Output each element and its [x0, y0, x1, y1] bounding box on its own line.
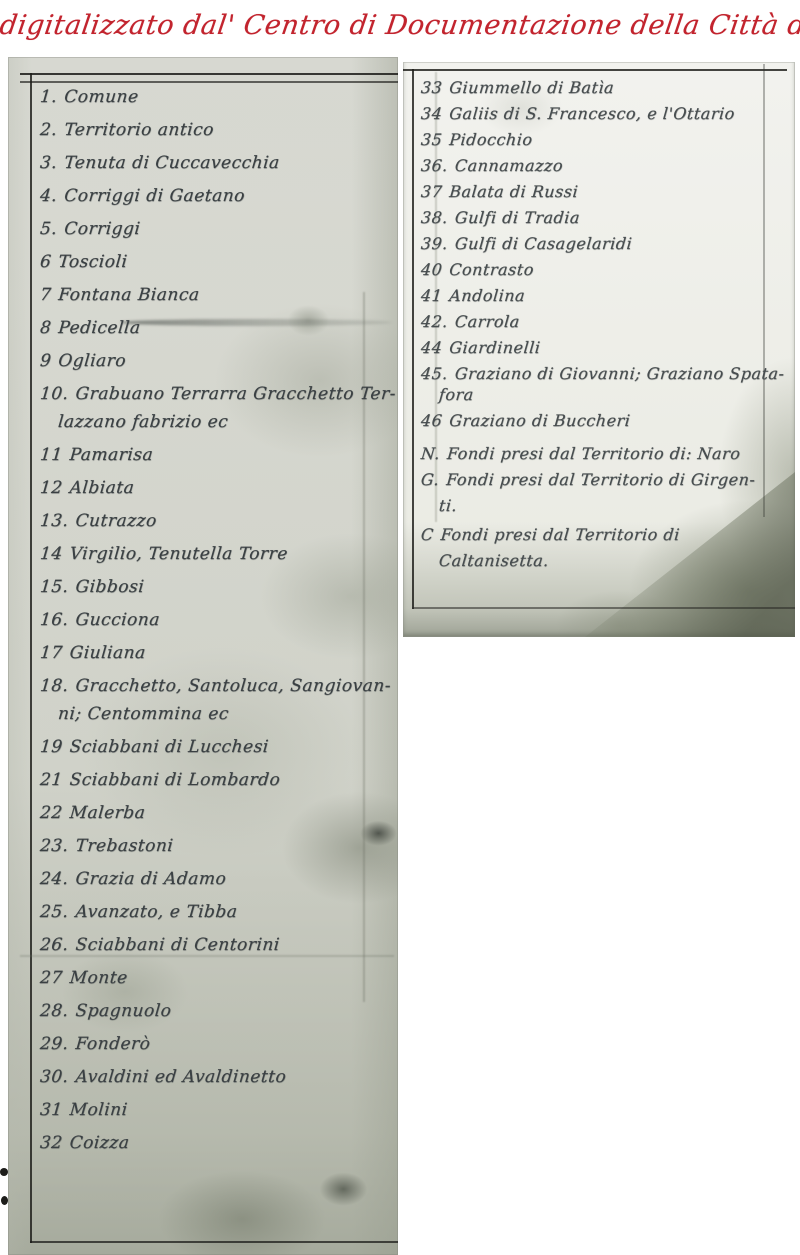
scanned-page-left: 1.Comune2.Territorio antico3.Tenuta di C… — [8, 57, 398, 1255]
entry-text: Malerba — [69, 803, 146, 823]
entry-number: 23. — [39, 836, 69, 857]
entry-number: 37 — [420, 182, 443, 201]
list-entry: 31Molini — [39, 1100, 395, 1121]
entry-text: Ogliaro — [57, 351, 126, 371]
list-entry: 8Pedicella — [39, 318, 395, 339]
list-entry: 29.Fonderò — [39, 1034, 395, 1055]
entry-number: 35 — [420, 130, 443, 149]
entry-text: Cannamazzo — [454, 156, 564, 175]
entry-text: Comune — [63, 87, 139, 107]
list-entry: 9Ogliaro — [39, 351, 395, 372]
entry-number: 34 — [420, 104, 443, 123]
list-entry: 28.Spagnuolo — [39, 1001, 395, 1022]
entry-text: Avaldini ed Avaldinetto — [75, 1067, 287, 1087]
entry-number: 38. — [420, 208, 449, 227]
entry-text: Sciabbani di Centorini — [75, 935, 281, 955]
territory-notes: N.Fondi presi dal Territorio di: NaroG.F… — [421, 444, 793, 570]
list-entry: 21Sciabbani di Lombardo — [39, 770, 395, 791]
entry-text: Giummello di Batìa — [449, 78, 615, 97]
list-entry: 36.Cannamazzo — [420, 156, 794, 175]
list-entry: 18.Gracchetto, Santoluca, Sangiovan- — [39, 676, 395, 697]
entry-number: 40 — [420, 260, 443, 279]
entry-text: Fondi presi dal Territorio di Girgen- — [445, 470, 756, 489]
entry-number: 44 — [420, 338, 443, 357]
entry-number: C — [420, 525, 434, 544]
entry-number: 6 — [39, 252, 52, 273]
entry-number: 10. — [39, 384, 69, 405]
entry-number: 8 — [39, 318, 52, 339]
entry-text: Graziano di Buccheri — [449, 411, 632, 430]
entry-number: 12 — [39, 478, 63, 499]
list-entry: 1.Comune — [39, 87, 395, 108]
ruled-border-left — [412, 69, 414, 609]
entry-text: Spagnuolo — [75, 1001, 173, 1021]
entry-text: Monte — [69, 968, 129, 988]
list-entry: 45.Graziano di Giovanni; Graziano Spata- — [420, 364, 794, 383]
list-entry: 16.Gucciona — [39, 610, 395, 631]
entry-text: Carrola — [454, 312, 521, 331]
list-entry: 32Coizza — [39, 1133, 395, 1154]
entry-text: Cutrazzo — [75, 511, 158, 531]
list-entry: 11Pamarisa — [39, 445, 395, 466]
list-entry: 6Toscioli — [39, 252, 395, 273]
entry-number: 39. — [420, 234, 449, 253]
entry-number: 41 — [420, 286, 443, 305]
ruled-border-top-double — [20, 73, 398, 83]
entry-number: 3. — [39, 153, 58, 174]
list-entry: 25.Avanzato, e Tibba — [39, 902, 395, 923]
entry-number: 30. — [39, 1067, 69, 1088]
entry-number: 9 — [39, 351, 52, 372]
list-entry: 24.Grazia di Adamo — [39, 869, 395, 890]
entry-text: Avanzato, e Tibba — [75, 902, 239, 922]
list-entry: 4.Corriggi di Gaetano — [39, 186, 395, 207]
ruled-border-top — [403, 69, 787, 71]
list-entry: N.Fondi presi dal Territorio di: Naro — [420, 444, 794, 463]
entry-number: 16. — [39, 610, 69, 631]
list-entry: 44Giardinelli — [420, 338, 794, 357]
list-entry: 26.Sciabbani di Centorini — [39, 935, 395, 956]
list-entry: CFondi presi dal Territorio di — [420, 525, 794, 544]
entry-text: Pamarisa — [69, 445, 154, 465]
entry-number: 2. — [39, 120, 58, 141]
list-entry: 7Fontana Bianca — [39, 285, 395, 306]
entry-text: Fondi presi dal Territorio di: Naro — [446, 444, 741, 463]
entry-text: Giuliana — [69, 643, 147, 663]
entry-number: 46 — [420, 411, 443, 430]
list-entry: 41Andolina — [420, 286, 794, 305]
entry-text: Pidocchio — [449, 130, 534, 149]
list-entry: 38.Gulfi di Tradia — [420, 208, 794, 227]
entry-text: Pedicella — [57, 318, 141, 338]
list-entry: 2.Territorio antico — [39, 120, 395, 141]
entry-number: 32 — [39, 1133, 63, 1154]
entry-number: 7 — [39, 285, 52, 306]
list-entry: 40Contrasto — [420, 260, 794, 279]
list-entry: 15.Gibbosi — [39, 577, 395, 598]
list-entry: 12Albiata — [39, 478, 395, 499]
list-entry: 13.Cutrazzo — [39, 511, 395, 532]
ruled-border-left — [30, 73, 32, 1243]
entry-text: Fontana Bianca — [57, 285, 200, 305]
entry-number: 31 — [39, 1100, 63, 1121]
list-entry: 19Sciabbani di Lucchesi — [39, 737, 395, 758]
entry-text: Trebastoni — [75, 836, 174, 856]
list-entry: 22Malerba — [39, 803, 395, 824]
entry-number: 17 — [39, 643, 63, 664]
entry-text: Territorio antico — [63, 120, 214, 140]
entry-text: Sciabbani di Lombardo — [69, 770, 281, 790]
entry-number: 21 — [39, 770, 63, 791]
stain-speck — [0, 1168, 8, 1176]
entry-text: Giardinelli — [449, 338, 542, 357]
entry-text: Fonderò — [75, 1034, 152, 1054]
list-entry: 37Balata di Russi — [420, 182, 794, 201]
entry-number: 29. — [39, 1034, 69, 1055]
entry-number: 13. — [39, 511, 69, 532]
digitization-credit: digitalizzato dal' Centro di Documentazi… — [0, 10, 800, 41]
right-entry-list: 33Giummello di Batìa34Galiis di S. Franc… — [421, 78, 793, 430]
entry-number: 4. — [39, 186, 58, 207]
list-entry: 34Galiis di S. Francesco, e l'Ottario — [420, 104, 794, 123]
entry-number: 14 — [39, 544, 63, 565]
list-entry: 27Monte — [39, 968, 395, 989]
entry-number: 1. — [39, 87, 58, 108]
entry-text: Balata di Russi — [449, 182, 580, 201]
entry-text: Coizza — [69, 1133, 130, 1153]
entry-number: 25. — [39, 902, 69, 923]
entry-number: 26. — [39, 935, 69, 956]
entry-text: Gulfi di Tradia — [454, 208, 581, 227]
entry-text: Virgilio, Tenutella Torre — [69, 544, 289, 564]
entry-number: 18. — [39, 676, 69, 697]
list-entry: 35Pidocchio — [420, 130, 794, 149]
entry-text: Corriggi di Gaetano — [63, 186, 245, 206]
entry-text: Molini — [69, 1100, 129, 1120]
entry-number: 42. — [420, 312, 449, 331]
entry-number: G. — [420, 470, 440, 489]
list-entry: 46Graziano di Buccheri — [420, 411, 794, 430]
list-entry: G.Fondi presi dal Territorio di Girgen- — [420, 470, 794, 489]
list-entry-continuation: ni; Centommina ec — [39, 704, 395, 725]
list-entry: 5.Corriggi — [39, 219, 395, 240]
entry-text: Sciabbani di Lucchesi — [69, 737, 270, 757]
list-entry: 14Virgilio, Tenutella Torre — [39, 544, 395, 565]
entry-text: Corriggi — [63, 219, 141, 239]
entry-number: 33 — [420, 78, 443, 97]
entry-text: Toscioli — [57, 252, 128, 272]
entry-text: Contrasto — [449, 260, 535, 279]
entry-number: 45. — [420, 364, 449, 383]
entry-text: Fondi presi dal Territorio di — [440, 525, 681, 544]
ruled-border-bottom — [30, 1241, 398, 1243]
entry-number: 36. — [420, 156, 449, 175]
entry-number: 19 — [39, 737, 63, 758]
scanned-page-right: 33Giummello di Batìa34Galiis di S. Franc… — [403, 62, 795, 637]
entry-text: Tenuta di Cuccavecchia — [63, 153, 280, 173]
list-entry-continuation: lazzano fabrizio ec — [39, 412, 395, 433]
entry-number: 22 — [39, 803, 63, 824]
entry-text: Andolina — [449, 286, 526, 305]
ruled-border-bottom — [412, 607, 795, 609]
entry-text: Gucciona — [75, 610, 161, 630]
list-entry: 42.Carrola — [420, 312, 794, 331]
entry-number: 27 — [39, 968, 63, 989]
entry-number: 24. — [39, 869, 69, 890]
stain-speck — [1, 1196, 8, 1205]
list-entry: 3.Tenuta di Cuccavecchia — [39, 153, 395, 174]
entry-number: 11 — [39, 445, 63, 466]
list-entry-continuation: Caltanisetta. — [420, 551, 794, 570]
entry-text: Gibbosi — [75, 577, 145, 597]
entry-number: 5. — [39, 219, 58, 240]
list-entry: 10.Grabuano Terrarra Gracchetto Ter- — [39, 384, 395, 405]
entry-text: Gulfi di Casagelaridi — [454, 234, 633, 253]
entry-text: Gracchetto, Santoluca, Sangiovan- — [75, 676, 392, 696]
entry-number: 28. — [39, 1001, 69, 1022]
list-entry-continuation: ti. — [420, 496, 794, 515]
list-entry: 23.Trebastoni — [39, 836, 395, 857]
entry-text: Grazia di Adamo — [75, 869, 227, 889]
list-entry: 33Giummello di Batìa — [420, 78, 794, 97]
list-entry: 17Giuliana — [39, 643, 395, 664]
entry-text: Grabuano Terrarra Gracchetto Ter- — [75, 384, 397, 404]
entry-number: 15. — [39, 577, 69, 598]
entry-text: Graziano di Giovanni; Graziano Spata- — [454, 364, 785, 383]
list-entry: 39.Gulfi di Casagelaridi — [420, 234, 794, 253]
entry-number: N. — [420, 444, 441, 463]
left-column-entries: 1.Comune2.Territorio antico3.Tenuta di C… — [40, 87, 394, 1166]
right-column-entries: 33Giummello di Batìa34Galiis di S. Franc… — [421, 78, 793, 577]
entry-text: Galiis di S. Francesco, e l'Ottario — [449, 104, 736, 123]
entry-text: Albiata — [69, 478, 135, 498]
list-entry: 30.Avaldini ed Avaldinetto — [39, 1067, 395, 1088]
list-entry-continuation: fora — [420, 385, 794, 404]
